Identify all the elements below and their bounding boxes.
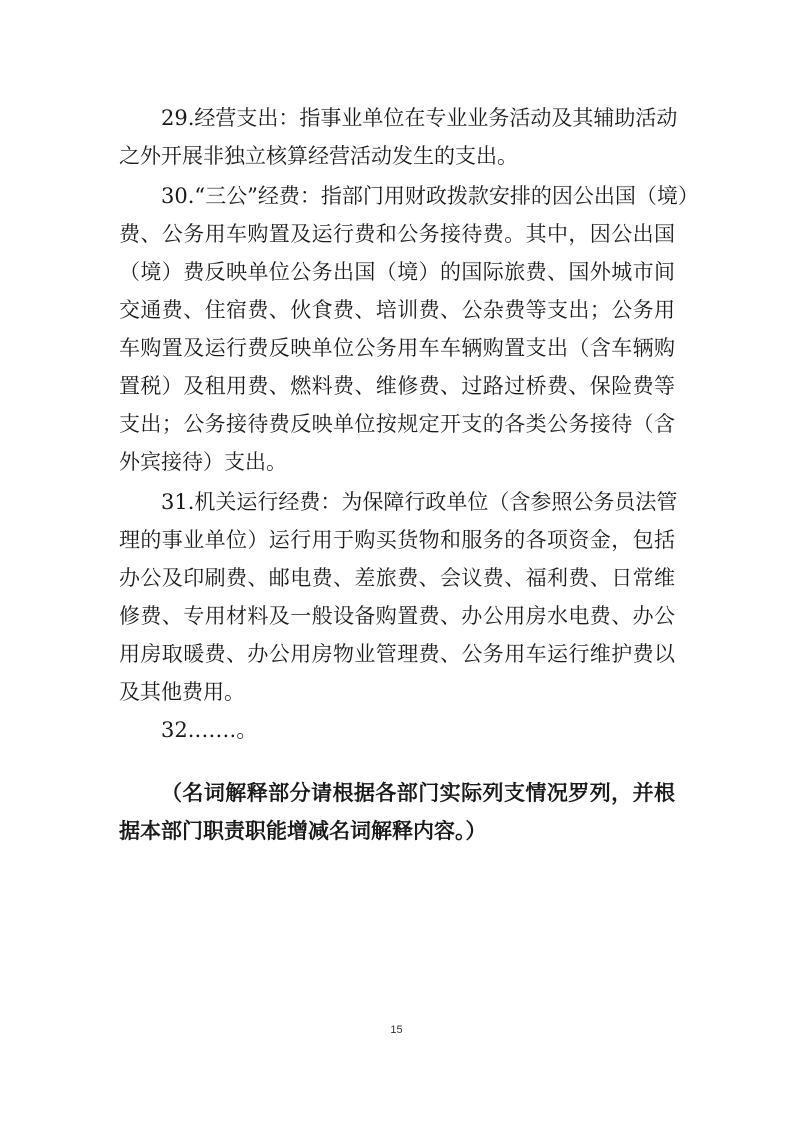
paragraph-30-line-4: 交通费、住宿费、伙食费、培训费、公杂费等支出；公务用 <box>119 297 675 323</box>
paragraph-30-line-2: 费、公务用车购置及运行费和公务接待费。其中，因公出国 <box>119 221 675 247</box>
paragraph-31-line-4: 修费、专用材料及一般设备购置费、办公用房水电费、办公 <box>119 603 675 629</box>
paragraph-31-line-6: 及其他费用。 <box>119 679 675 705</box>
paragraph-30-line-1: 30.“三公”经费：指部门用财政拨款安排的因公出国（境） <box>161 183 675 209</box>
paragraph-31-line-2: 理的事业单位）运行用于购买货物和服务的各项资金，包括 <box>119 527 675 553</box>
paragraph-29-line-1: 29.经营支出：指事业单位在专业业务活动及其辅助活动 <box>161 105 675 131</box>
paragraph-31-line-1: 31.机关运行经费：为保障行政单位（含参照公务员法管 <box>161 489 675 515</box>
paragraph-29-line-2: 之外开展非独立核算经营活动发生的支出。 <box>119 143 675 169</box>
paragraph-30-line-3: （境）费反映单位公务出国（境）的国际旅费、国外城市间 <box>119 259 675 285</box>
paragraph-32-line-1: 32.……。 <box>161 717 675 743</box>
paragraph-30-line-8: 外宾接待）支出。 <box>119 449 675 475</box>
paragraph-30-line-5: 车购置及运行费反映单位公务用车车辆购置支出（含车辆购 <box>119 335 675 361</box>
paragraph-31-line-3: 办公及印刷费、邮电费、差旅费、会议费、福利费、日常维 <box>119 565 675 591</box>
paragraph-30-line-6: 置税）及租用费、燃料费、维修费、过路过桥费、保险费等 <box>119 373 675 399</box>
paragraph-30-line-7: 支出；公务接待费反映单位按规定开支的各类公务接待（含 <box>119 411 675 437</box>
note-line-1: （名词解释部分请根据各部门实际列支情况罗列，并根 <box>161 780 675 806</box>
paragraph-31-line-5: 用房取暖费、办公用房物业管理费、公务用车运行维护费以 <box>119 641 675 667</box>
note-line-2: 据本部门职责职能增减名词解释内容。） <box>119 818 675 844</box>
page-number: 15 <box>0 1024 793 1036</box>
document-page: 29.经营支出：指事业单位在专业业务活动及其辅助活动 之外开展非独立核算经营活动… <box>0 0 793 1122</box>
